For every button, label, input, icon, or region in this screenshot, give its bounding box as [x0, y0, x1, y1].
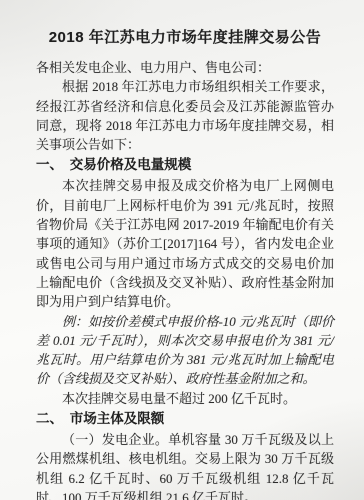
section-2-heading: 二、 市场主体及限额 [36, 409, 334, 429]
section-1-volume-paragraph: 本次挂牌交易电量不超过 200 亿千瓦时。 [36, 389, 334, 408]
salutation-line: 各相关发电企业、电力用户、售电公司： [36, 58, 334, 77]
section-1-example-paragraph: 例：如按价差模式申报价格-10 元/兆瓦时（即价差 0.01 元/千瓦时），则本… [36, 312, 334, 389]
document-title: 2018 年江苏电力市场年度挂牌交易公告 [36, 26, 334, 49]
document-content: 2018 年江苏电力市场年度挂牌交易公告 各相关发电企业、电力用户、售电公司： … [36, 26, 334, 500]
intro-paragraph: 根据 2018 年江苏电力市场组织相关工作要求，经报江苏省经济和信息化委员会及江… [36, 77, 334, 154]
scanned-document-page: 2018 年江苏电力市场年度挂牌交易公告 各相关发电企业、电力用户、售电公司： … [0, 0, 364, 500]
section-2-paragraph-generators: （一）发电企业。单机容量 30 万千瓦级及以上公用燃煤机组、核电机组。交易上限为… [36, 430, 334, 500]
section-1-paragraph-price: 本次挂牌交易申报及成交价格为电厂上网侧电价，目前电厂上网标杆电价为 391 元/… [36, 176, 334, 311]
section-1-heading: 一、 交易价格及电量规模 [36, 155, 334, 175]
